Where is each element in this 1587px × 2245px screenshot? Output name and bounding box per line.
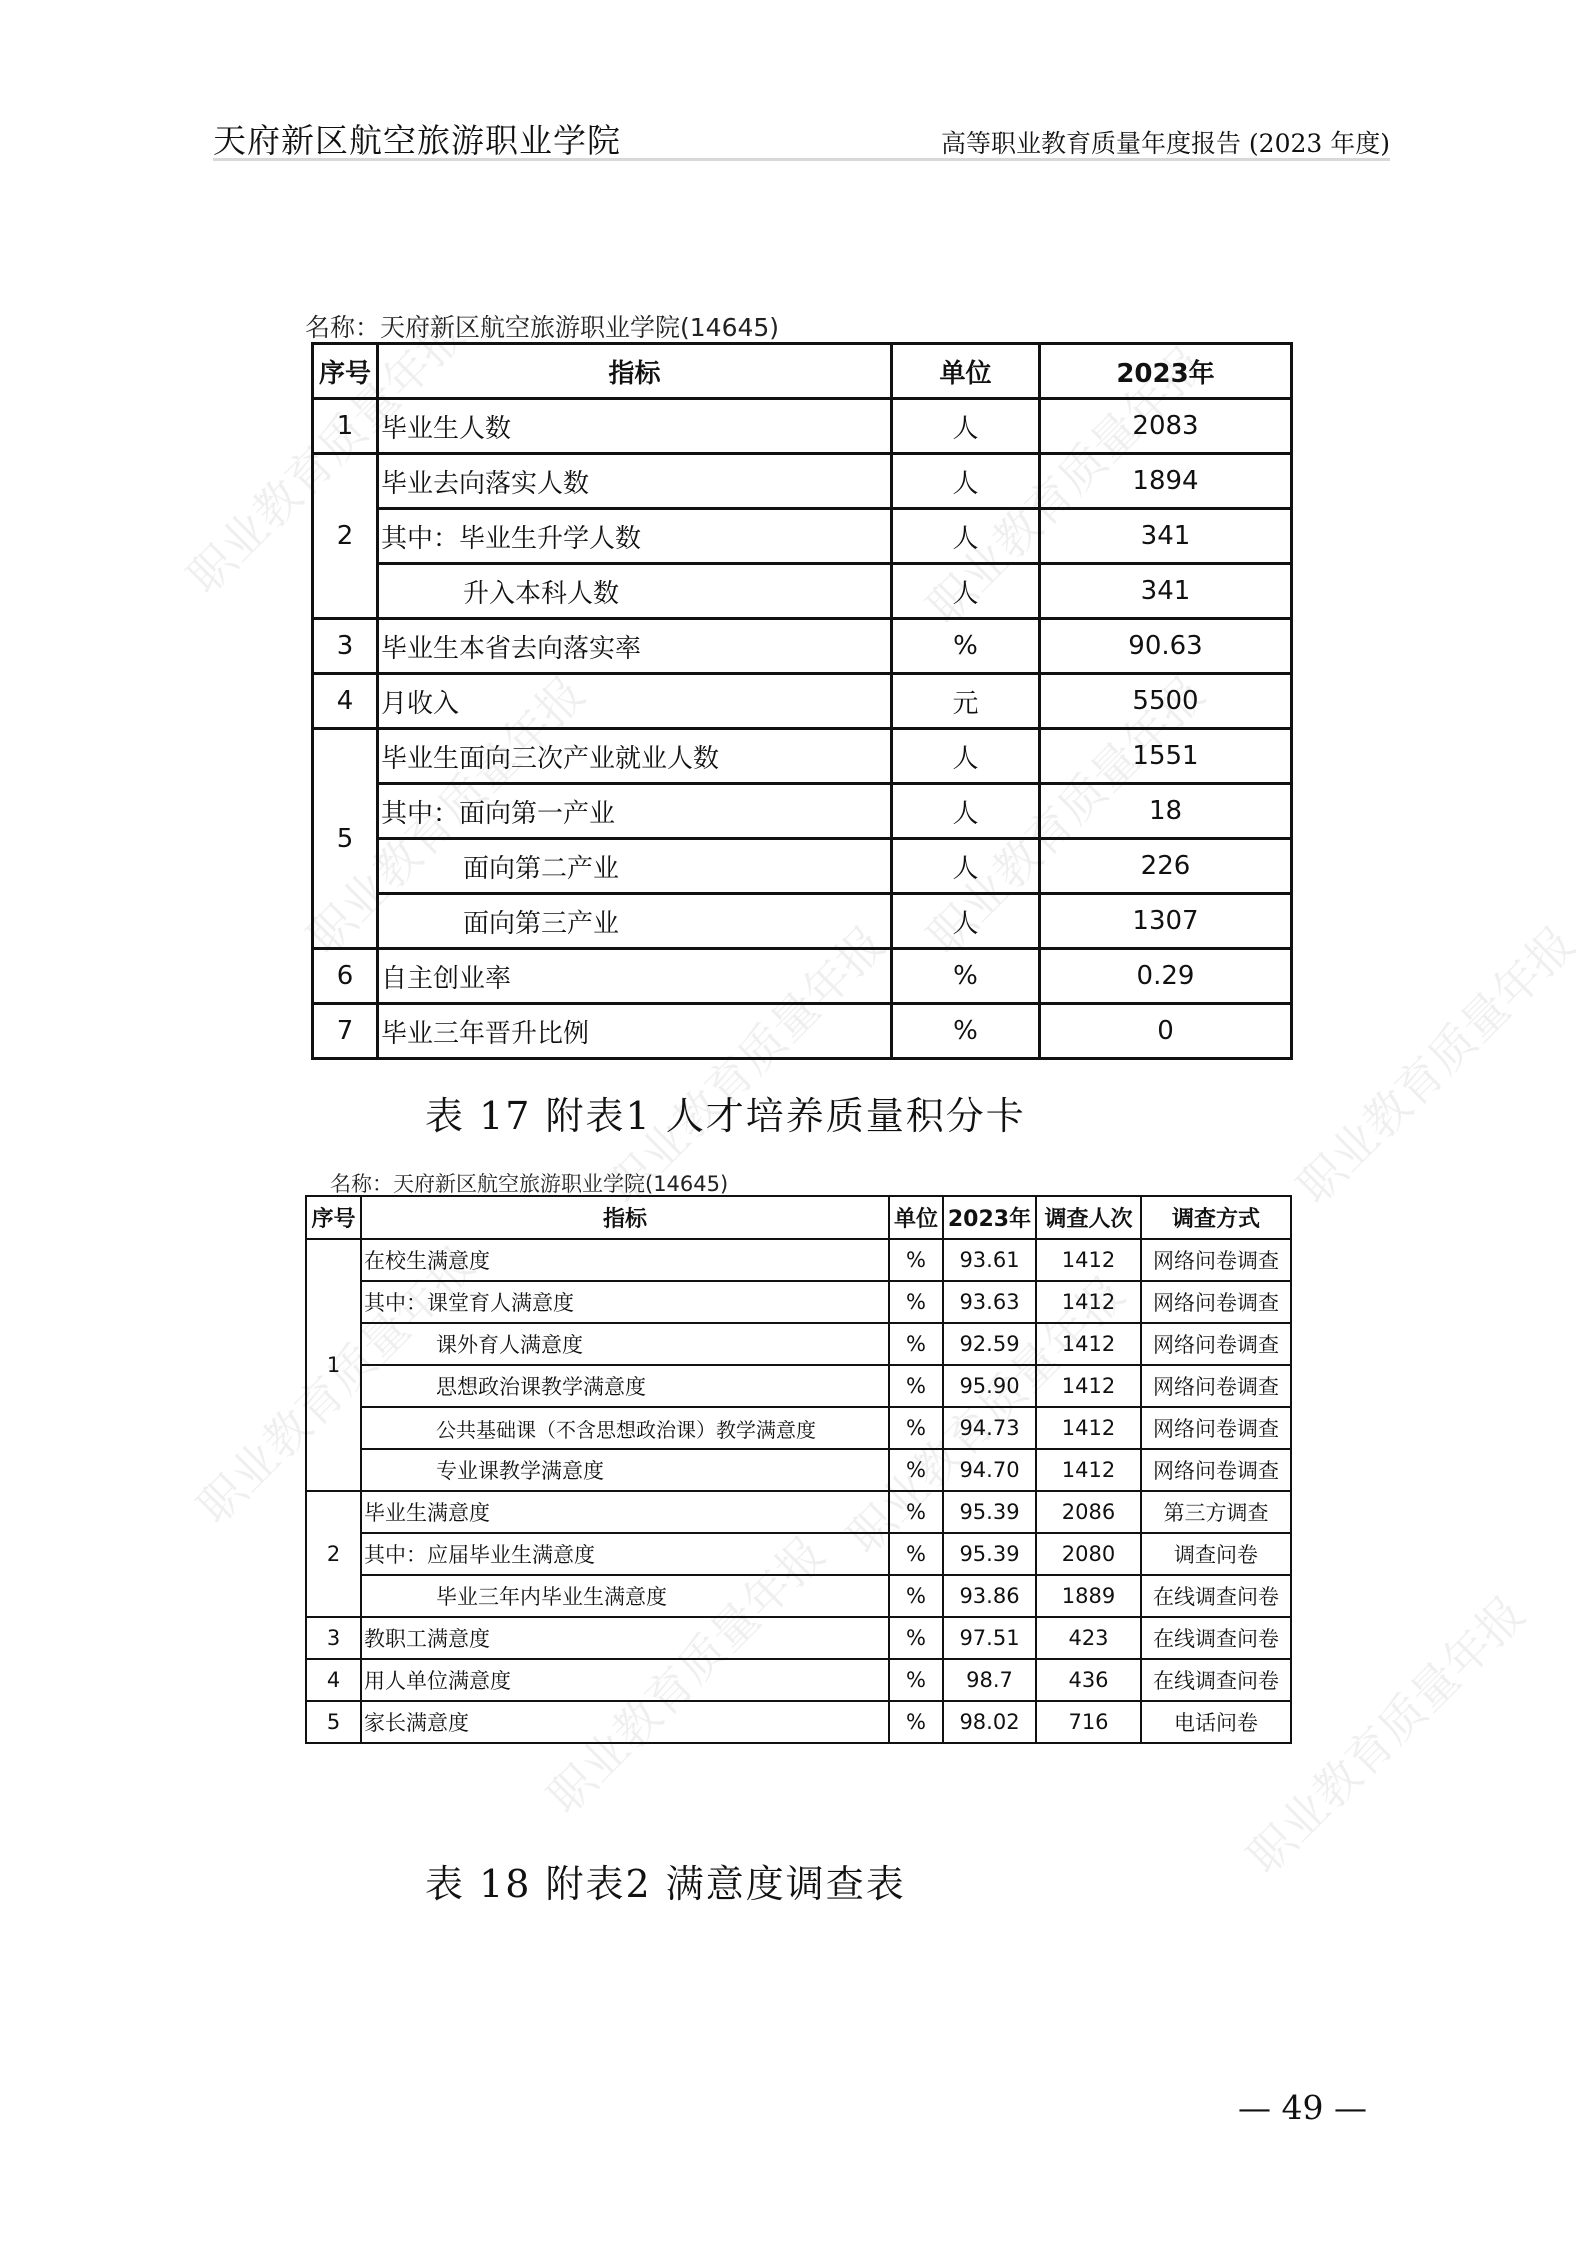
- table-row: 4 月收入 元 5500: [313, 674, 1292, 729]
- row-indicator: 公共基础课（不含思想政治课）教学满意度: [361, 1407, 889, 1449]
- row-unit: 人: [892, 729, 1040, 784]
- row-unit: %: [889, 1491, 943, 1533]
- row-unit: %: [889, 1575, 943, 1617]
- row-no: 5: [306, 1701, 361, 1743]
- row-unit: %: [892, 949, 1040, 1004]
- table2-name-label: 名称：天府新区航空旅游职业学院(14645): [330, 1168, 728, 1198]
- row-value: 341: [1040, 564, 1292, 619]
- table2-caption: 表 18 附表2 满意度调查表: [425, 1853, 906, 1908]
- row-value: 93.61: [943, 1239, 1036, 1281]
- table-row: 3 毕业生本省去向落实率 % 90.63: [313, 619, 1292, 674]
- row-survey-count: 1412: [1036, 1365, 1141, 1407]
- row-value: 18: [1040, 784, 1292, 839]
- row-survey-count: 1889: [1036, 1575, 1141, 1617]
- column-header-year: 2023年: [1040, 344, 1292, 399]
- row-survey-method: 第三方调查: [1141, 1491, 1291, 1533]
- satisfaction-survey-table: 序号 指标 单位 2023年 调查人次 调查方式 1 在校生满意度 % 93.6…: [305, 1195, 1292, 1744]
- row-value: 94.70: [943, 1449, 1036, 1491]
- table1-caption: 表 17 附表1 人才培养质量积分卡: [425, 1085, 1026, 1140]
- row-no: 3: [313, 619, 378, 674]
- table-row: 7 毕业三年晋升比例 % 0: [313, 1004, 1292, 1059]
- row-value: 95.39: [943, 1533, 1036, 1575]
- row-survey-count: 2080: [1036, 1533, 1141, 1575]
- table-row: 面向第三产业 人 1307: [313, 894, 1292, 949]
- header-report-title: 高等职业教育质量年度报告 (2023 年度): [941, 124, 1390, 160]
- table-row: 毕业三年内毕业生满意度 % 93.86 1889 在线调查问卷: [306, 1575, 1291, 1617]
- row-value: 5500: [1040, 674, 1292, 729]
- row-survey-count: 1412: [1036, 1407, 1141, 1449]
- row-indicator: 毕业三年晋升比例: [378, 1004, 892, 1059]
- row-unit: 人: [892, 509, 1040, 564]
- column-header-indicator: 指标: [378, 344, 892, 399]
- row-value: 92.59: [943, 1323, 1036, 1365]
- row-no: 7: [313, 1004, 378, 1059]
- table-row: 1 在校生满意度 % 93.61 1412 网络问卷调查: [306, 1239, 1291, 1281]
- row-unit: 人: [892, 839, 1040, 894]
- table-header-row: 序号 指标 单位 2023年 调查人次 调查方式: [306, 1196, 1291, 1239]
- row-indicator: 教职工满意度: [361, 1617, 889, 1659]
- row-no: 2: [306, 1491, 361, 1617]
- row-no: 4: [306, 1659, 361, 1701]
- row-survey-count: 1412: [1036, 1239, 1141, 1281]
- row-survey-method: 网络问卷调查: [1141, 1323, 1291, 1365]
- row-indicator: 月收入: [378, 674, 892, 729]
- row-value: 2083: [1040, 399, 1292, 454]
- column-header-unit: 单位: [892, 344, 1040, 399]
- row-no: 2: [313, 454, 378, 619]
- row-unit: %: [889, 1449, 943, 1491]
- column-header-survey-method: 调查方式: [1141, 1196, 1291, 1239]
- row-unit: %: [889, 1617, 943, 1659]
- column-header-unit: 单位: [889, 1196, 943, 1239]
- table-header-row: 序号 指标 单位 2023年: [313, 344, 1292, 399]
- row-survey-count: 1412: [1036, 1281, 1141, 1323]
- row-unit: %: [889, 1323, 943, 1365]
- row-indicator: 思想政治课教学满意度: [361, 1365, 889, 1407]
- header-divider: [213, 158, 1390, 161]
- row-unit: 人: [892, 894, 1040, 949]
- row-indicator: 毕业生本省去向落实率: [378, 619, 892, 674]
- row-value: 1551: [1040, 729, 1292, 784]
- row-value: 98.7: [943, 1659, 1036, 1701]
- row-value: 93.86: [943, 1575, 1036, 1617]
- row-value: 93.63: [943, 1281, 1036, 1323]
- row-indicator: 升入本科人数: [378, 564, 892, 619]
- table-row: 面向第二产业 人 226: [313, 839, 1292, 894]
- row-survey-count: 423: [1036, 1617, 1141, 1659]
- row-unit: %: [889, 1659, 943, 1701]
- row-indicator: 其中：毕业生升学人数: [378, 509, 892, 564]
- table-row: 5 家长满意度 % 98.02 716 电话问卷: [306, 1701, 1291, 1743]
- talent-quality-scorecard-table: 序号 指标 单位 2023年 1 毕业生人数 人 2083 2 毕业去向落实人数…: [311, 342, 1293, 1060]
- row-value: 98.02: [943, 1701, 1036, 1743]
- row-survey-method: 网络问卷调查: [1141, 1365, 1291, 1407]
- column-header-year: 2023年: [943, 1196, 1036, 1239]
- table-row: 其中：毕业生升学人数 人 341: [313, 509, 1292, 564]
- row-unit: %: [892, 619, 1040, 674]
- row-unit: 元: [892, 674, 1040, 729]
- row-survey-count: 716: [1036, 1701, 1141, 1743]
- table-row: 公共基础课（不含思想政治课）教学满意度 % 94.73 1412 网络问卷调查: [306, 1407, 1291, 1449]
- row-indicator: 毕业去向落实人数: [378, 454, 892, 509]
- row-value: 95.90: [943, 1365, 1036, 1407]
- table-row: 其中：应届毕业生满意度 % 95.39 2080 调查问卷: [306, 1533, 1291, 1575]
- row-indicator: 面向第二产业: [378, 839, 892, 894]
- row-indicator: 其中：面向第一产业: [378, 784, 892, 839]
- row-survey-count: 436: [1036, 1659, 1141, 1701]
- row-unit: %: [889, 1239, 943, 1281]
- row-survey-count: 1412: [1036, 1323, 1141, 1365]
- row-indicator: 家长满意度: [361, 1701, 889, 1743]
- row-no: 1: [313, 399, 378, 454]
- page-number: — 49 —: [1238, 2088, 1367, 2127]
- row-no: 4: [313, 674, 378, 729]
- row-value: 95.39: [943, 1491, 1036, 1533]
- row-survey-count: 2086: [1036, 1491, 1141, 1533]
- row-unit: %: [889, 1701, 943, 1743]
- table-row: 其中：面向第一产业 人 18: [313, 784, 1292, 839]
- table-row: 5 毕业生面向三次产业就业人数 人 1551: [313, 729, 1292, 784]
- table-row: 专业课教学满意度 % 94.70 1412 网络问卷调查: [306, 1449, 1291, 1491]
- row-survey-method: 在线调查问卷: [1141, 1659, 1291, 1701]
- row-survey-method: 在线调查问卷: [1141, 1575, 1291, 1617]
- row-value: 97.51: [943, 1617, 1036, 1659]
- table-row: 其中：课堂育人满意度 % 93.63 1412 网络问卷调查: [306, 1281, 1291, 1323]
- row-survey-method: 电话问卷: [1141, 1701, 1291, 1743]
- row-indicator: 自主创业率: [378, 949, 892, 1004]
- row-indicator: 毕业生满意度: [361, 1491, 889, 1533]
- table-row: 课外育人满意度 % 92.59 1412 网络问卷调查: [306, 1323, 1291, 1365]
- column-header-indicator: 指标: [361, 1196, 889, 1239]
- row-indicator: 用人单位满意度: [361, 1659, 889, 1701]
- table-row: 3 教职工满意度 % 97.51 423 在线调查问卷: [306, 1617, 1291, 1659]
- row-value: 94.73: [943, 1407, 1036, 1449]
- row-indicator: 在校生满意度: [361, 1239, 889, 1281]
- row-indicator: 专业课教学满意度: [361, 1449, 889, 1491]
- table-row: 思想政治课教学满意度 % 95.90 1412 网络问卷调查: [306, 1365, 1291, 1407]
- row-value: 0: [1040, 1004, 1292, 1059]
- row-indicator: 毕业三年内毕业生满意度: [361, 1575, 889, 1617]
- row-indicator: 课外育人满意度: [361, 1323, 889, 1365]
- row-indicator: 毕业生人数: [378, 399, 892, 454]
- row-no: 3: [306, 1617, 361, 1659]
- row-value: 1307: [1040, 894, 1292, 949]
- column-header-no: 序号: [313, 344, 378, 399]
- row-no: 6: [313, 949, 378, 1004]
- row-survey-method: 在线调查问卷: [1141, 1617, 1291, 1659]
- row-survey-method: 网络问卷调查: [1141, 1449, 1291, 1491]
- row-unit: 人: [892, 454, 1040, 509]
- table-row: 2 毕业生满意度 % 95.39 2086 第三方调查: [306, 1491, 1291, 1533]
- watermark: 职业教育质量年报: [1281, 910, 1587, 1217]
- row-unit: %: [889, 1407, 943, 1449]
- row-no: 5: [313, 729, 378, 949]
- column-header-no: 序号: [306, 1196, 361, 1239]
- table-row: 6 自主创业率 % 0.29: [313, 949, 1292, 1004]
- row-value: 1894: [1040, 454, 1292, 509]
- row-unit: 人: [892, 784, 1040, 839]
- row-value: 0.29: [1040, 949, 1292, 1004]
- row-no: 1: [306, 1239, 361, 1491]
- column-header-survey-count: 调查人次: [1036, 1196, 1141, 1239]
- table-row: 1 毕业生人数 人 2083: [313, 399, 1292, 454]
- row-survey-method: 网络问卷调查: [1141, 1407, 1291, 1449]
- table1-name-label: 名称：天府新区航空旅游职业学院(14645): [305, 308, 779, 344]
- table-row: 2 毕业去向落实人数 人 1894: [313, 454, 1292, 509]
- row-unit: 人: [892, 564, 1040, 619]
- row-survey-method: 网络问卷调查: [1141, 1281, 1291, 1323]
- row-unit: %: [889, 1365, 943, 1407]
- row-survey-method: 网络问卷调查: [1141, 1239, 1291, 1281]
- row-survey-method: 调查问卷: [1141, 1533, 1291, 1575]
- row-unit: %: [889, 1281, 943, 1323]
- row-indicator: 其中：应届毕业生满意度: [361, 1533, 889, 1575]
- row-value: 341: [1040, 509, 1292, 564]
- row-unit: %: [892, 1004, 1040, 1059]
- row-value: 226: [1040, 839, 1292, 894]
- row-unit: %: [889, 1533, 943, 1575]
- row-indicator: 毕业生面向三次产业就业人数: [378, 729, 892, 784]
- row-survey-count: 1412: [1036, 1449, 1141, 1491]
- table-row: 升入本科人数 人 341: [313, 564, 1292, 619]
- row-value: 90.63: [1040, 619, 1292, 674]
- row-unit: 人: [892, 399, 1040, 454]
- row-indicator: 面向第三产业: [378, 894, 892, 949]
- header-institution-name: 天府新区航空旅游职业学院: [213, 115, 621, 162]
- table-row: 4 用人单位满意度 % 98.7 436 在线调查问卷: [306, 1659, 1291, 1701]
- row-indicator: 其中：课堂育人满意度: [361, 1281, 889, 1323]
